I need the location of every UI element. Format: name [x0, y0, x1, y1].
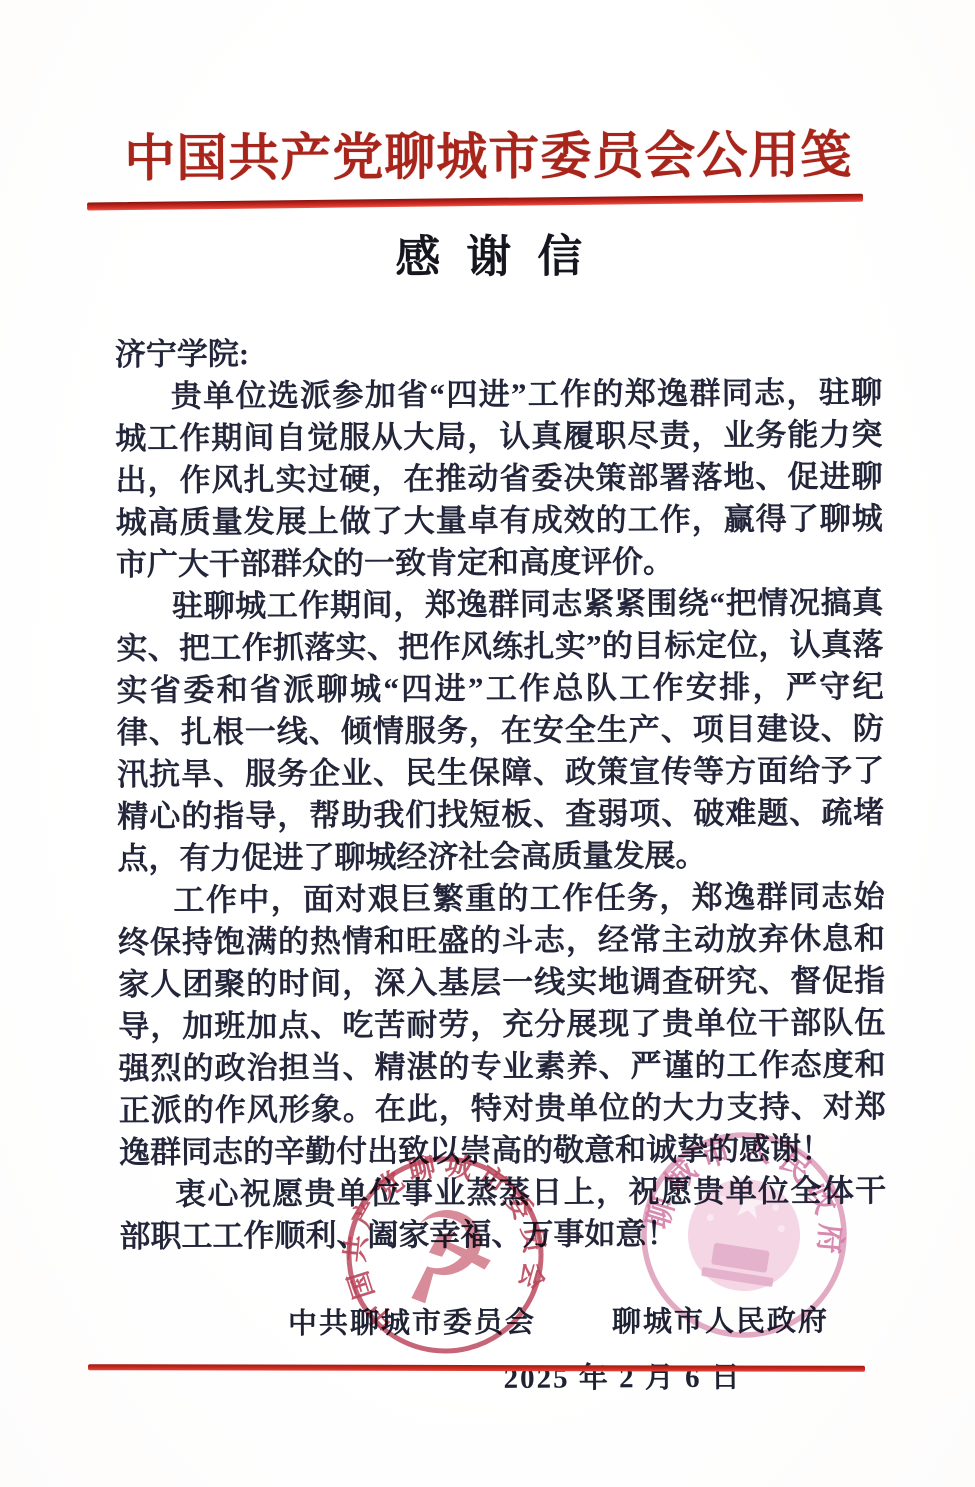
- body-paragraph: 贵单位选派参加省“四进”工作的郑逸群同志，驻聊城工作期间自觉服从大局，认真履职尽…: [115, 372, 883, 586]
- letterhead-title: 中国共产党聊城市委员会公用笺: [0, 0, 975, 191]
- body-paragraph: 驻聊城工作期间，郑逸群同志紧紧围绕“把情况搞真实、把工作抓落实、把作风练扎实”的…: [116, 582, 885, 880]
- signature-row: 中共聊城市委员会 聊城市人民政府: [71, 1297, 975, 1343]
- signature-government: 聊城市人民政府: [612, 1298, 829, 1340]
- date-line: 2025 年 2 月 6 日: [135, 1353, 975, 1399]
- letterhead-rule: [87, 194, 863, 211]
- letter-title: 感谢信: [1, 229, 975, 284]
- letter-page: 中国共产党聊城市委员会公用笺 感谢信 济宁学院: 贵单位选派参加省“四进”工作的…: [0, 0, 975, 1487]
- body-paragraph: 衷心祝愿贵单位事业蒸蒸日上，祝愿贵单位全体干部职工工作顺利、阖家幸福、万事如意！: [119, 1170, 886, 1258]
- letter-body: 济宁学院: 贵单位选派参加省“四进”工作的郑逸群同志，驻聊城工作期间自觉服从大局…: [115, 330, 887, 1258]
- body-paragraph: 工作中，面对艰巨繁重的工作任务，郑逸群同志始终保持饱满的热情和旺盛的斗志，经常主…: [118, 876, 887, 1174]
- signature-party-committee: 中共聊城市委员会: [288, 1300, 536, 1342]
- salutation: 济宁学院:: [115, 330, 882, 376]
